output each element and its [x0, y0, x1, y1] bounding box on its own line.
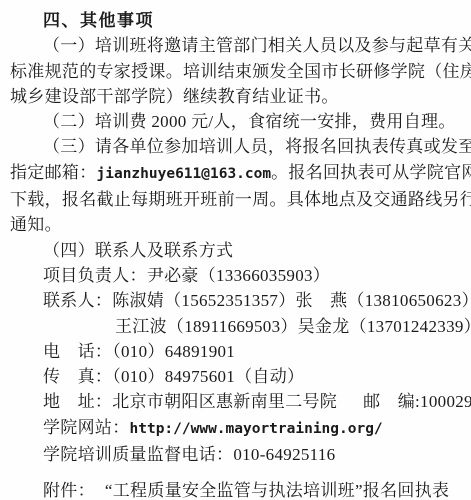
address-value: 北京市朝阳区惠新南里二号院	[112, 392, 337, 411]
attachment-row: 附件：“工程质量安全监管与执法培训班”报名回执表	[10, 478, 461, 500]
para1-line3: 城乡建设部干部学院）继续教育结业证书。	[10, 84, 461, 109]
para3-line1: （三）请各单位参加培训人员，将报名回执表传真或发至	[10, 134, 461, 159]
fax-label: 传 真：	[43, 367, 112, 386]
section-heading: 四、其他事项	[10, 8, 461, 33]
project-leader-label: 项目负责人：	[43, 266, 147, 285]
para3-line3: 下载，报名截止每期班开班前一周。具体地点及交通路线另行	[10, 187, 461, 212]
phone-value: （010）64891901	[112, 342, 235, 361]
para1-line2: 标准规范的专家授课。培训结束颁发全国市长研修学院（住房	[10, 59, 461, 84]
fax-row: 传 真：（010）84975601（自动）	[10, 364, 461, 389]
phone-label: 电 话：	[43, 342, 112, 361]
postcode-group: 邮 编:100029	[363, 392, 471, 411]
para3-line2: 指定邮箱：jianzhuye611@163.com。报名回执表可从学院官网	[10, 160, 461, 187]
attachment-title: “工程质量安全监管与执法培训班”报名回执表	[105, 481, 449, 500]
website-url: http://www.mayortraining.org/	[130, 421, 383, 437]
contact-person-row1-value: 陈淑婧（15652351357）张 燕（13810650623）	[112, 291, 471, 310]
document-page: 四、其他事项 （一）培训班将邀请主管部门相关人员以及参与起草有关 标准规范的专家…	[0, 0, 471, 500]
para4-heading: （四）联系人及联系方式	[10, 238, 461, 263]
fax-value: （010）84975601（自动）	[112, 367, 304, 386]
attachment-label: 附件：	[43, 481, 95, 500]
para3-line2-suffix: 。报名回执表可从学院官网	[271, 163, 471, 182]
para2-line1: （二）培训费 2000 元/人，食宿统一安排，费用自理。	[10, 109, 461, 134]
para3-line4: 通知。	[10, 212, 461, 237]
quality-phone-label: 学院培训质量监督电话：	[43, 445, 233, 464]
postcode-value: 100029	[420, 392, 471, 411]
project-leader-row: 项目负责人：尹必豪（13366035903）	[10, 263, 461, 288]
para1-line1: （一）培训班将邀请主管部门相关人员以及参与起草有关	[10, 33, 461, 58]
address-label: 地 址：	[43, 392, 112, 411]
website-row: 学院网站：http://www.mayortraining.org/	[10, 415, 461, 442]
email-label: 指定邮箱：	[10, 163, 97, 182]
postcode-label: 邮 编:	[363, 392, 420, 411]
quality-phone-row: 学院培训质量监督电话：010-64925116	[10, 442, 461, 467]
project-leader-value: 尹必豪（13366035903）	[147, 266, 330, 285]
registration-email: jianzhuye611@163.com	[97, 166, 272, 182]
website-label: 学院网站：	[43, 418, 130, 437]
phone-row: 电 话：（010）64891901	[10, 339, 461, 364]
address-row: 地 址：北京市朝阳区惠新南里二号院邮 编:100029	[10, 389, 461, 414]
contact-person-label: 联系人：	[43, 291, 112, 310]
contact-person-row2: 王江波（18911669503）吴金龙（13701242339）	[10, 314, 461, 339]
quality-phone-value: 010-64925116	[233, 445, 335, 464]
contact-person-row1: 联系人：陈淑婧（15652351357）张 燕（13810650623）	[10, 288, 461, 313]
